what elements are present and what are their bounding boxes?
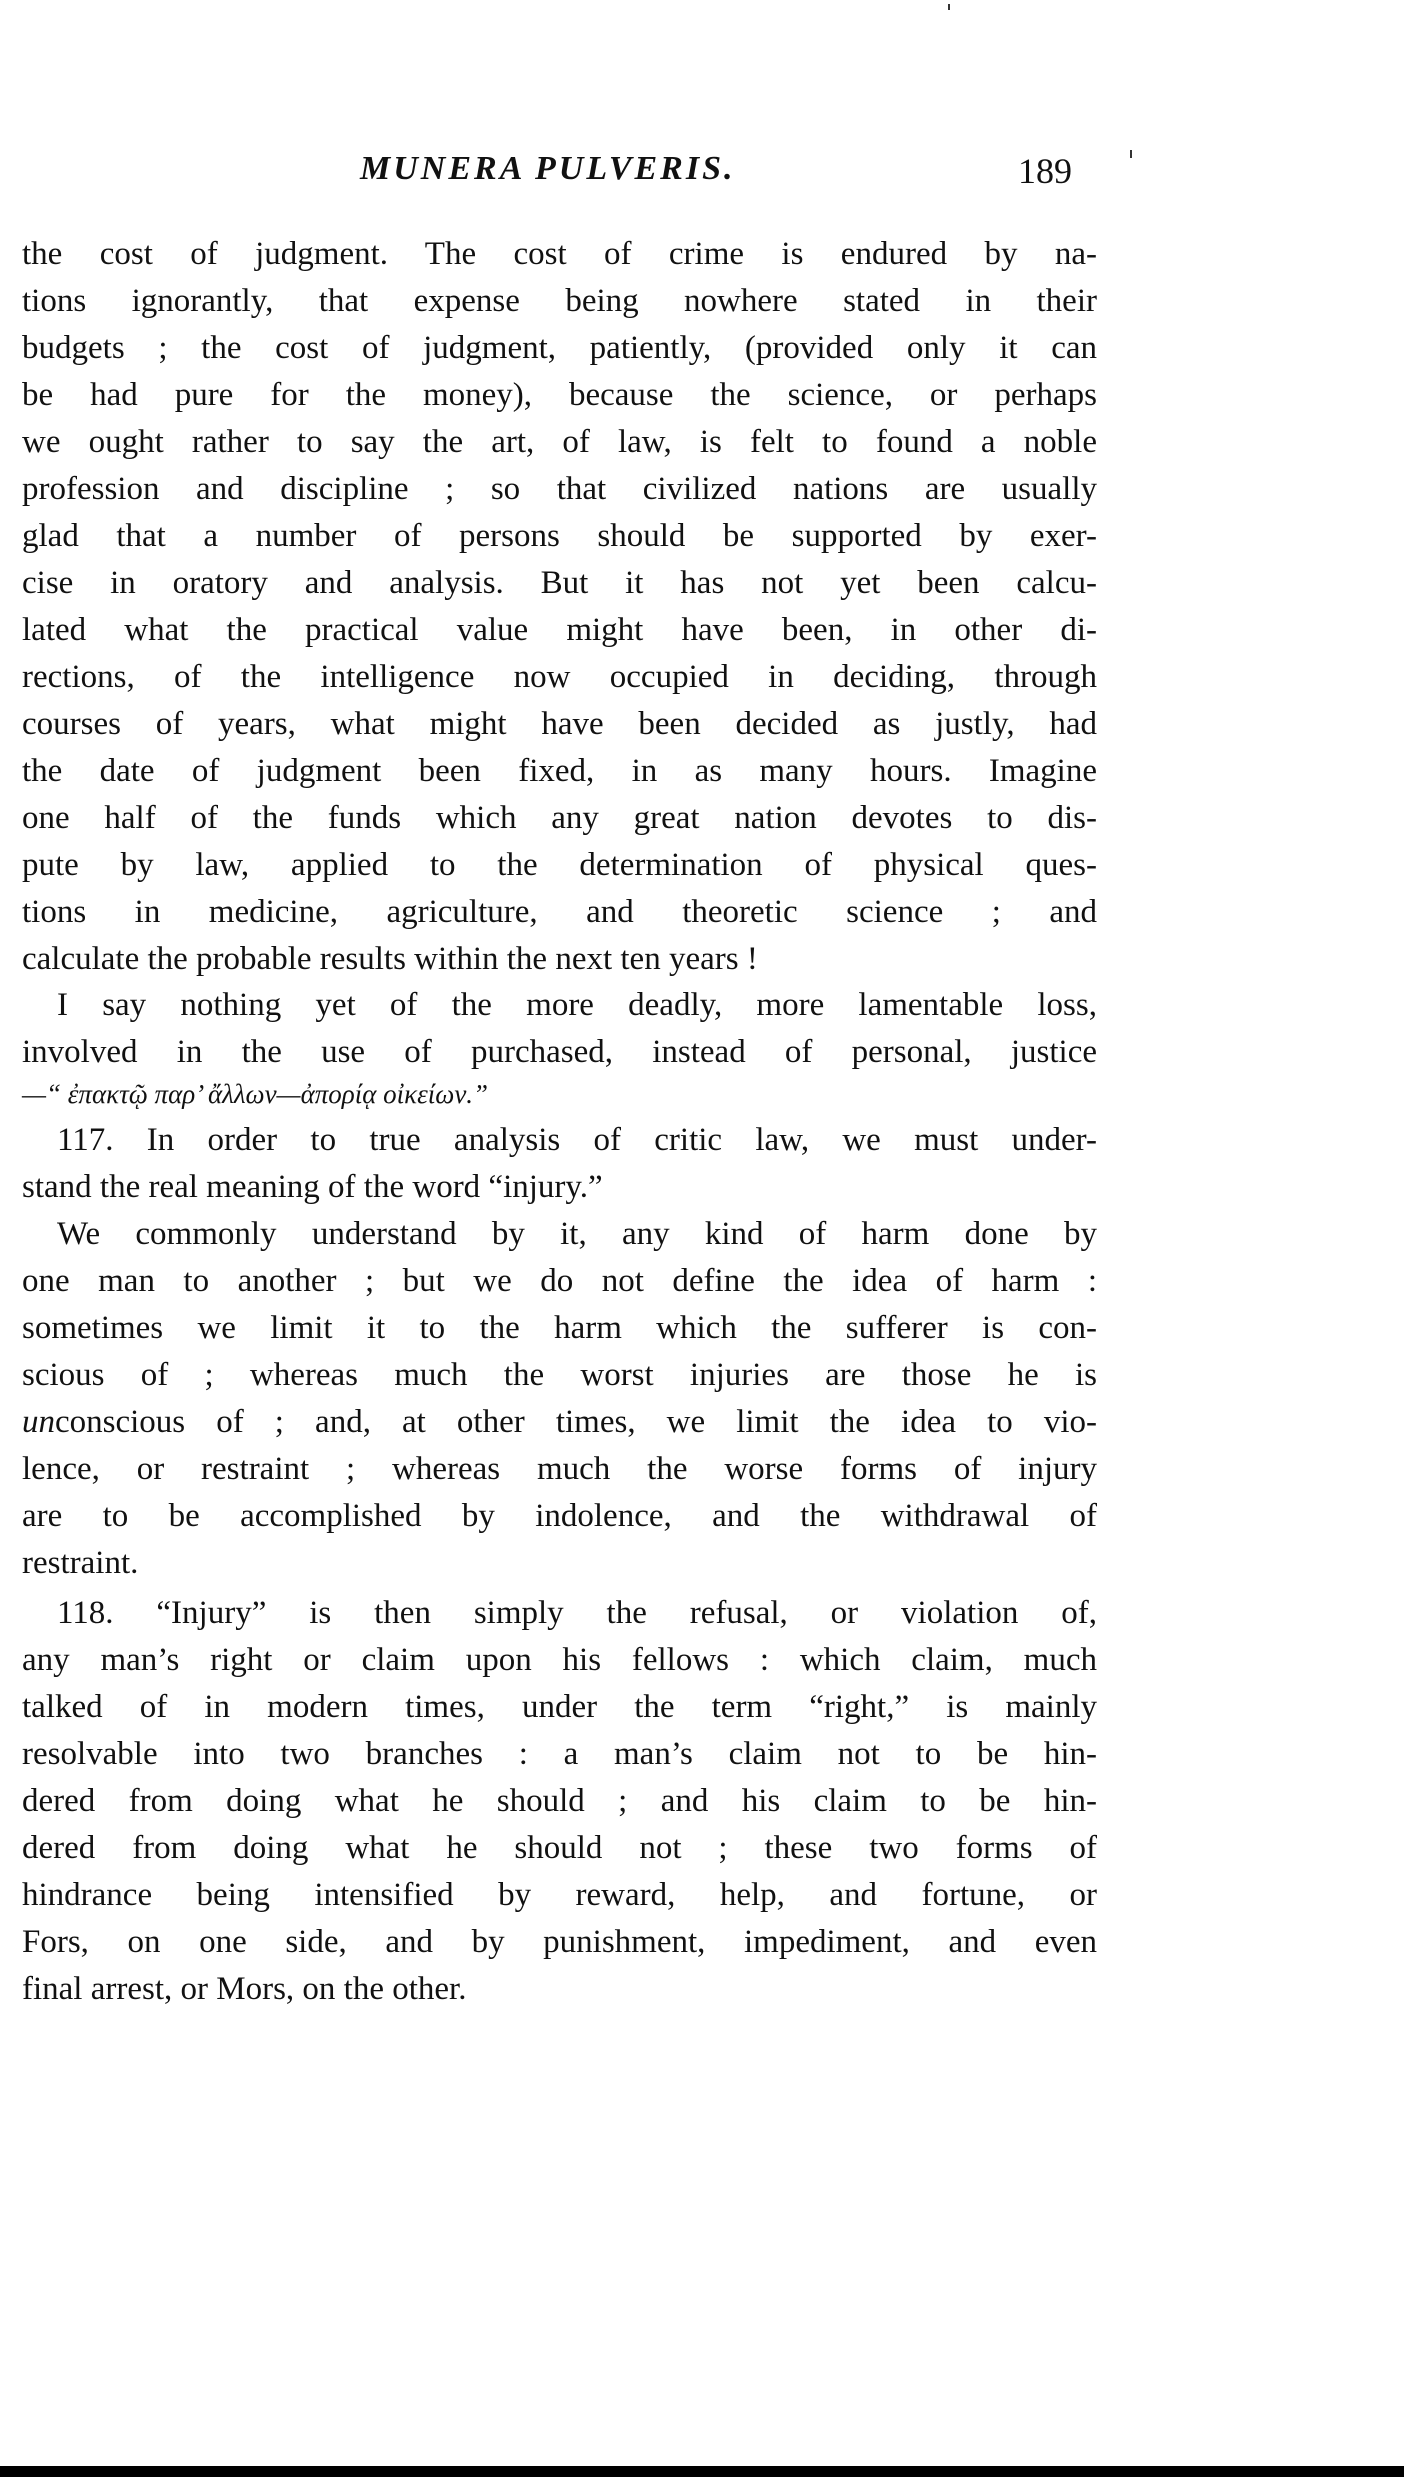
text-line: 117. In order to true analysis of critic… <box>57 1120 1097 1160</box>
text-line: lated what the practical value might hav… <box>22 610 1097 650</box>
text-line: one half of the funds which any great na… <box>22 798 1097 838</box>
text-line: courses of years, what might have been d… <box>22 704 1097 744</box>
text-line: dered from doing what he should ; and hi… <box>22 1781 1097 1821</box>
text-line: any man’s right or claim upon his fellow… <box>22 1640 1097 1680</box>
text-line: be had pure for the money), because the … <box>22 375 1097 415</box>
text-line: We commonly understand by it, any kind o… <box>57 1214 1097 1254</box>
text-line: rections, of the intelligence now occupi… <box>22 657 1097 697</box>
text-line: pute by law, applied to the determinatio… <box>22 845 1097 885</box>
text-line: talked of in modern times, under the ter… <box>22 1687 1097 1727</box>
scan-speck <box>1130 150 1132 158</box>
text-line: glad that a number of persons should be … <box>22 516 1097 556</box>
text-line: hindrance being intensified by reward, h… <box>22 1875 1097 1915</box>
text-line: the cost of judgment. The cost of crime … <box>22 234 1097 274</box>
text-line: restraint. <box>22 1543 1097 1583</box>
greek-quotation: —“ ἐπακτῷ παρ’ ἄλλων—ἀπορίᾳ οἰκείων.” <box>22 1074 1097 1114</box>
text-line: resolvable into two branches : a man’s c… <box>22 1734 1097 1774</box>
book-page: MUNERA PULVERIS. 189 the cost of judgmen… <box>0 0 1404 2477</box>
text-line: lence, or restraint ; whereas much the w… <box>22 1449 1097 1489</box>
scan-edge-bar <box>0 2466 1404 2477</box>
running-head-title: MUNERA PULVERIS. <box>360 150 736 188</box>
text-line: I say nothing yet of the more deadly, mo… <box>57 985 1097 1025</box>
text-line: we ought rather to say the art, of law, … <box>22 422 1097 462</box>
text-line: cise in oratory and analysis. But it has… <box>22 563 1097 603</box>
text-line: profession and discipline ; so that civi… <box>22 469 1097 509</box>
text-line: are to be accomplished by indolence, and… <box>22 1496 1097 1536</box>
text-line: sometimes we limit it to the harm which … <box>22 1308 1097 1348</box>
text-line: the date of judgment been fixed, in as m… <box>22 751 1097 791</box>
text-line: stand the real meaning of the word “inju… <box>22 1167 1097 1207</box>
text-line: Fors, on one side, and by punishment, im… <box>22 1922 1097 1962</box>
running-head: MUNERA PULVERIS. 189 <box>0 150 1404 200</box>
text-line: one man to another ; but we do not defin… <box>22 1261 1097 1301</box>
text-line: tions in medicine, agriculture, and theo… <box>22 892 1097 932</box>
text-line: budgets ; the cost of judgment, patientl… <box>22 328 1097 368</box>
text-line: dered from doing what he should not ; th… <box>22 1828 1097 1868</box>
text-line: scious of ; whereas much the worst injur… <box>22 1355 1097 1395</box>
scan-speck <box>948 4 950 10</box>
text-line: 118. “Injury” is then simply the refusal… <box>57 1593 1097 1633</box>
text-line: calculate the probable results within th… <box>22 939 1097 979</box>
italic-emphasis: un <box>22 1404 55 1440</box>
text-line: involved in the use of purchased, instea… <box>22 1032 1097 1072</box>
text-line: unconscious of ; and, at other times, we… <box>22 1402 1097 1442</box>
text-line: final arrest, or Mors, on the other. <box>22 1969 1097 2009</box>
text-line: tions ignorantly, that expense being now… <box>22 281 1097 321</box>
page-number: 189 <box>1018 150 1072 192</box>
